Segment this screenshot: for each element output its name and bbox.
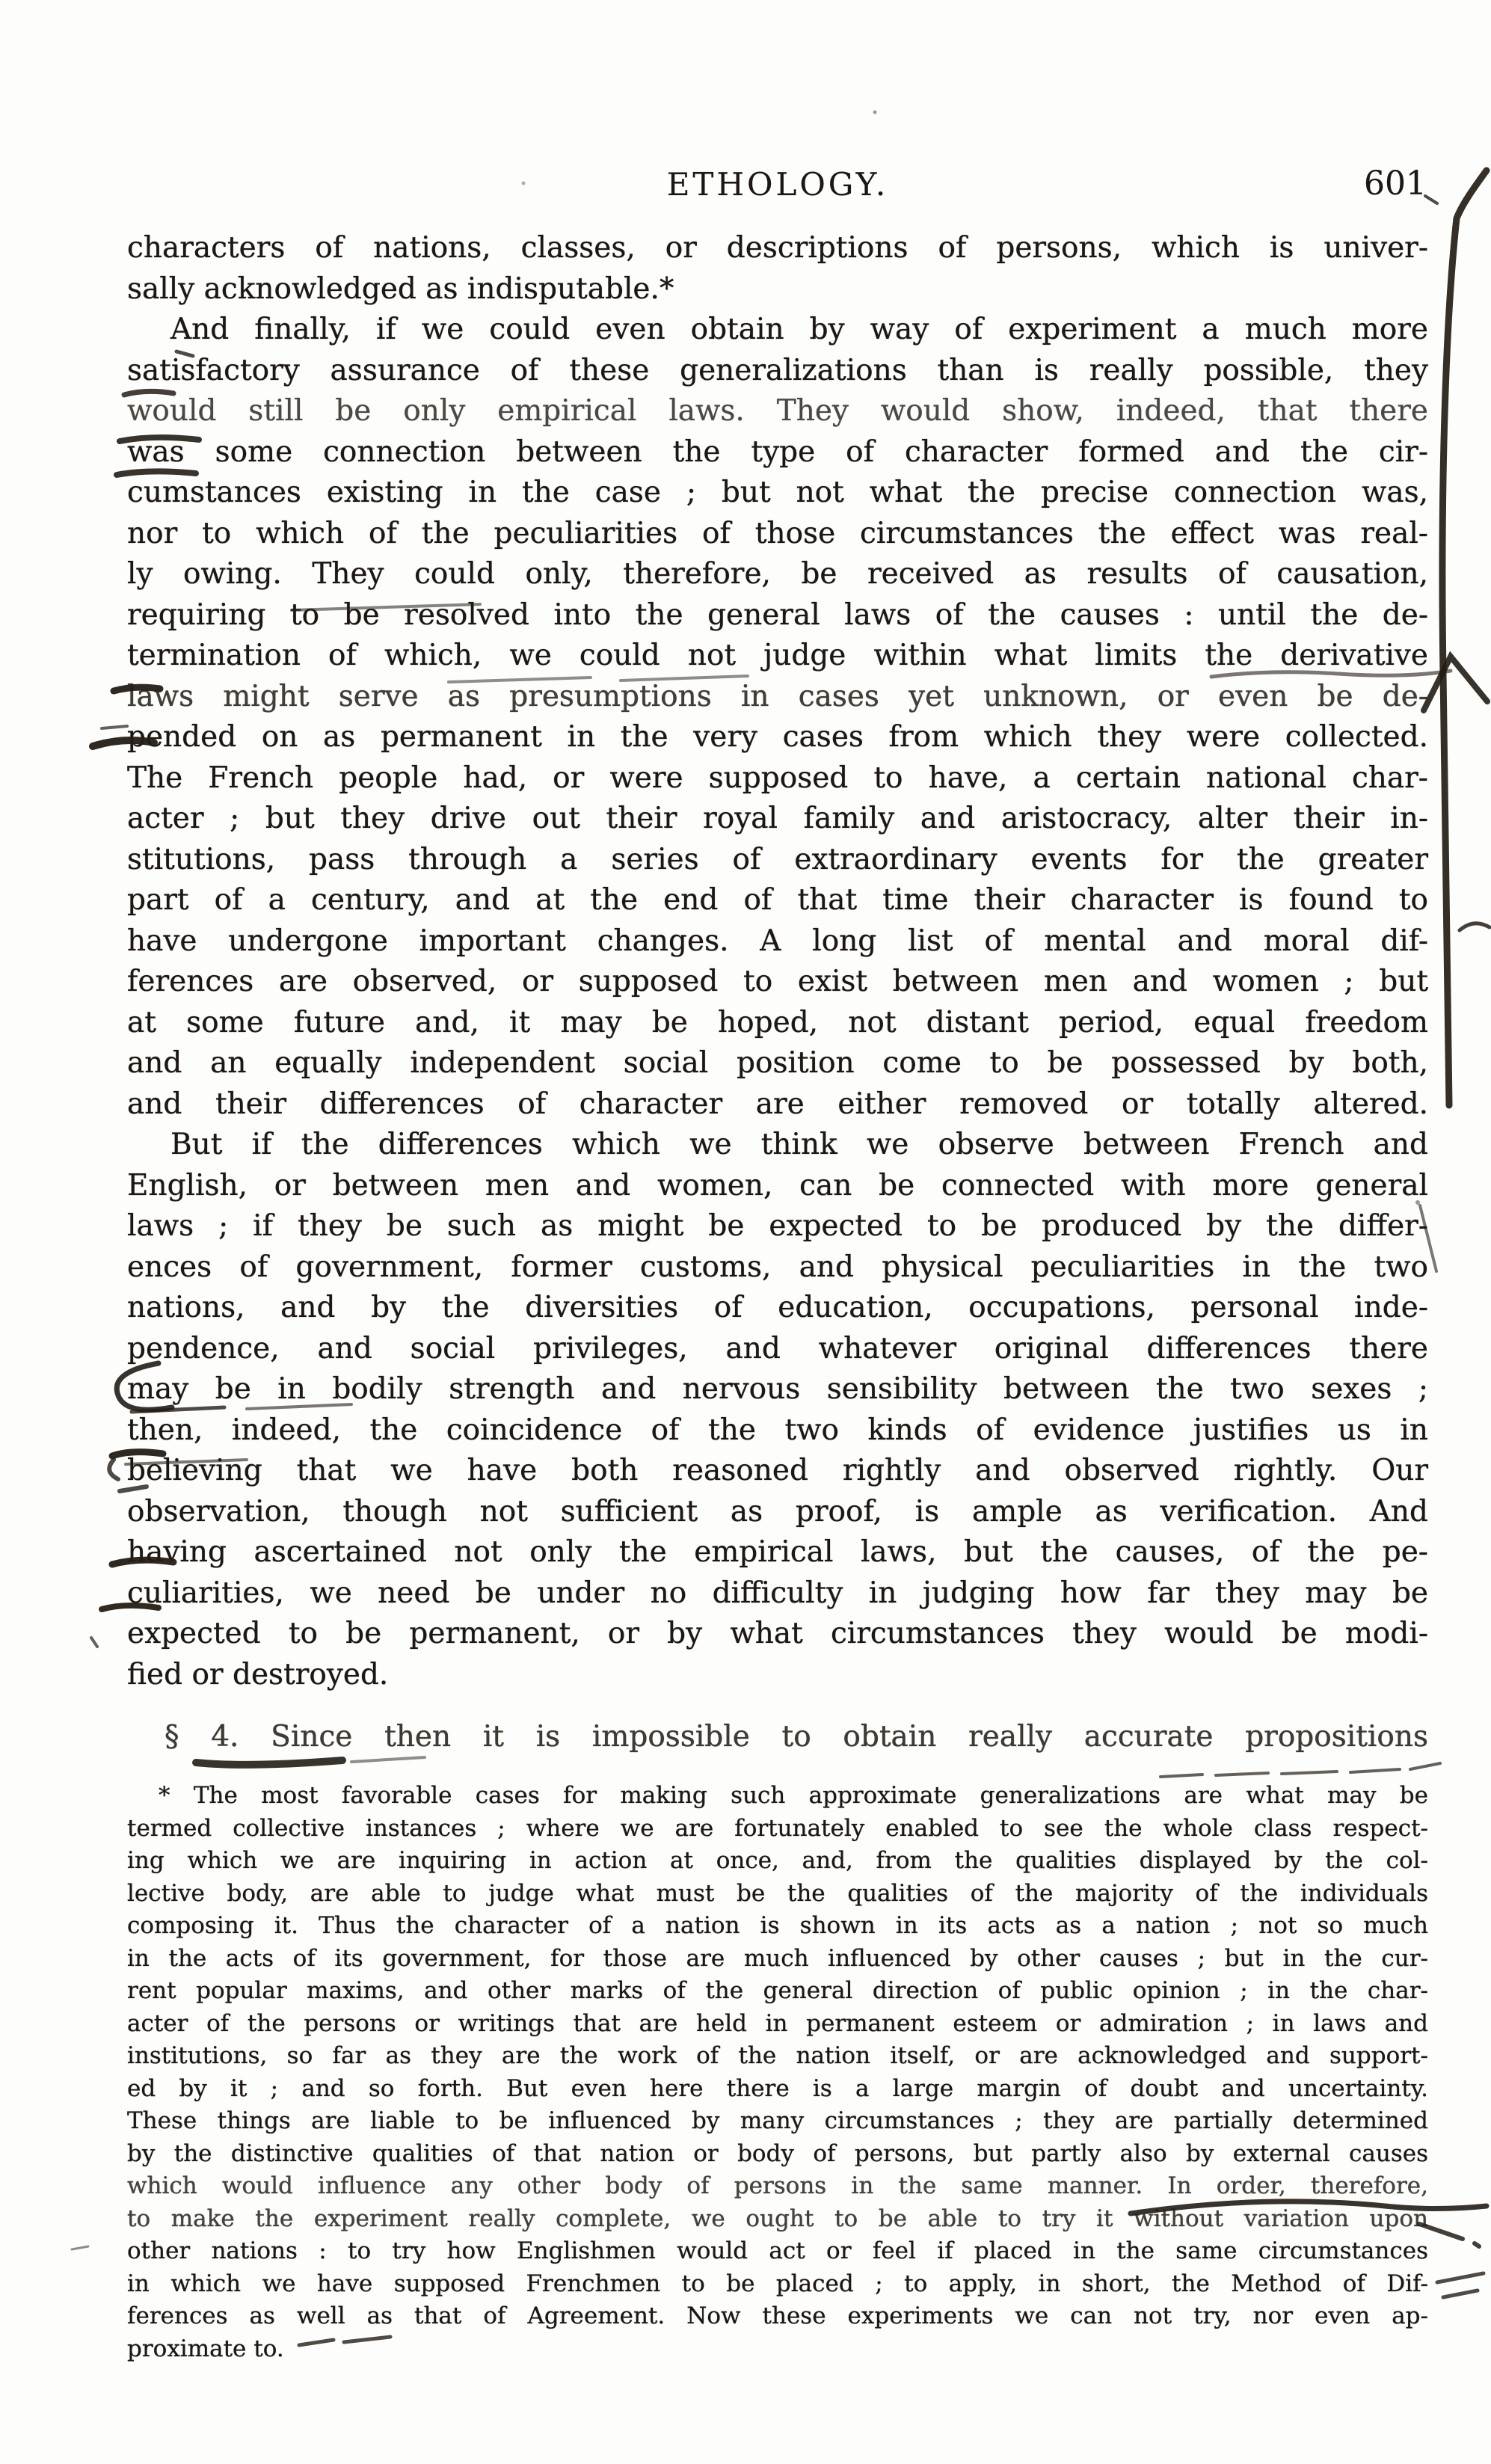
section-4-opening-line: § 4. Since then it is impossible to obta… [127, 1717, 1428, 1758]
pen-mark-left-then-curl [109, 1460, 118, 1479]
text-line: which would influence any other body of … [127, 2170, 1428, 2203]
text-line: stitutions, pass through a series of ext… [127, 840, 1428, 881]
pen-mark-after-dif [1437, 2273, 1484, 2297]
text-line: requiring to be resolved into the genera… [127, 595, 1428, 636]
text-line: believing that we have both reasoned rig… [127, 1451, 1428, 1492]
text-line: in the acts of its government, for those… [127, 1943, 1428, 1976]
text-line: and an equally independent social positi… [127, 1043, 1428, 1084]
text-line: ferences are observed, or supposed to ex… [127, 962, 1428, 1003]
text-line: acter of the persons or writings that ar… [127, 2008, 1428, 2041]
scan-speck [873, 111, 877, 114]
pen-mark-margin-caret [1424, 657, 1487, 710]
text-line: ly owing. They could only, therefore, be… [127, 554, 1428, 595]
text-line: observation, though not sufficient as pr… [127, 1492, 1428, 1533]
text-line: by the distinctive qualities of that nat… [127, 2138, 1428, 2171]
pen-mark-under-since [196, 1760, 342, 1765]
text-line: may be in bodily strength and nervous se… [127, 1369, 1428, 1410]
text-line: would still be only empirical laws. They… [127, 391, 1428, 432]
text-line: termination of which, we could not judge… [127, 636, 1428, 677]
pen-mark-left-expected-tick [91, 1638, 97, 1647]
text-line: termed collective instances ; where we a… [127, 1813, 1428, 1846]
paragraph-continuation: characters of nations, classes, or descr… [127, 228, 1428, 310]
pen-mark-left-to-make [72, 2246, 88, 2249]
text-line: pendence, and social privileges, and wha… [127, 1329, 1428, 1370]
text-line: culiarities, we need be under no difficu… [127, 1573, 1428, 1614]
text-line: then, indeed, the coincidence of the two… [127, 1410, 1428, 1451]
text-line: But if the differences which we think we… [127, 1125, 1428, 1166]
text-line: and their differences of character are e… [127, 1084, 1428, 1125]
text-line: acter ; but they drive out their royal f… [127, 799, 1428, 840]
text-line: ferences as well as that of Agreement. N… [127, 2300, 1428, 2333]
text-line: having ascertained not only the empirica… [127, 1532, 1428, 1573]
pen-mark-left-pended-tick [102, 726, 127, 728]
text-line: was some connection between the type of … [127, 432, 1428, 473]
text-line: institutions, so far as they are the wor… [127, 2040, 1428, 2073]
text-line: proximate to. [127, 2333, 1428, 2366]
text-line: to make the experiment really complete, … [127, 2203, 1428, 2236]
page-number: 601 [1364, 165, 1427, 203]
text-line: * The most favorable cases for making su… [127, 1780, 1428, 1813]
text-line: other nations : to try how Englishmen wo… [127, 2235, 1428, 2268]
text-line: § 4. Since then it is impossible to obta… [127, 1717, 1428, 1758]
text-line: ed by it ; and so forth. But even here t… [127, 2073, 1428, 2106]
text-line: have undergone important changes. A long… [127, 921, 1428, 962]
running-head: ETHOLOGY. [127, 166, 1428, 203]
text-line: And finally, if we could even obtain by … [127, 310, 1428, 351]
text-line: lective body, are able to judge what mus… [127, 1878, 1428, 1911]
text-line: at some future and, it may be hoped, not… [127, 1003, 1428, 1044]
pen-mark-dashes-above-footnote [1160, 1763, 1440, 1777]
pen-mark-after-upon [1419, 2224, 1479, 2246]
text-line: nations, and by the diversities of educa… [127, 1288, 1428, 1329]
pen-mark-under-since-tail [351, 1757, 425, 1762]
text-line: laws might serve as presumptions in case… [127, 677, 1428, 718]
text-line: in which we have supposed Frenchmen to b… [127, 2268, 1428, 2301]
text-line: These things are liable to be influenced… [127, 2105, 1428, 2138]
pen-mark-margin-dash [1460, 924, 1490, 930]
text-line: expected to be permanent, or by what cir… [127, 1614, 1428, 1655]
text-line: rent popular maxims, and other marks of … [127, 1975, 1428, 2008]
text-line: characters of nations, classes, or descr… [127, 228, 1428, 269]
paragraph-but-if: But if the differences which we think we… [127, 1125, 1428, 1695]
text-line: satisfactory assurance of these generali… [127, 351, 1428, 392]
text-line: sally acknowledged as indisputable.* [127, 269, 1428, 310]
text-line: laws ; if they be such as might be expec… [127, 1206, 1428, 1247]
text-line: cumstances existing in the case ; but no… [127, 473, 1428, 514]
text-line: part of a century, and at the end of tha… [127, 880, 1428, 921]
book-page: ETHOLOGY. 601 characters of nations, cla… [0, 0, 1491, 2464]
text-line: The French people had, or were supposed … [127, 758, 1428, 799]
text-line: ences of government, former customs, and… [127, 1247, 1428, 1288]
text-line: composing it. Thus the character of a na… [127, 1910, 1428, 1943]
text-line: ing which we are inquiring in action at … [127, 1845, 1428, 1878]
paragraph-and-finally: And finally, if we could even obtain by … [127, 310, 1428, 1125]
text-line: nor to which of the peculiarities of tho… [127, 514, 1428, 555]
text-line: fied or destroyed. [127, 1655, 1428, 1696]
footnote-text: * The most favorable cases for making su… [127, 1780, 1428, 2365]
pen-mark-margin-line [1442, 170, 1487, 1105]
text-line: English, or between men and women, can b… [127, 1166, 1428, 1207]
text-line: pended on as permanent in the very cases… [127, 717, 1428, 758]
